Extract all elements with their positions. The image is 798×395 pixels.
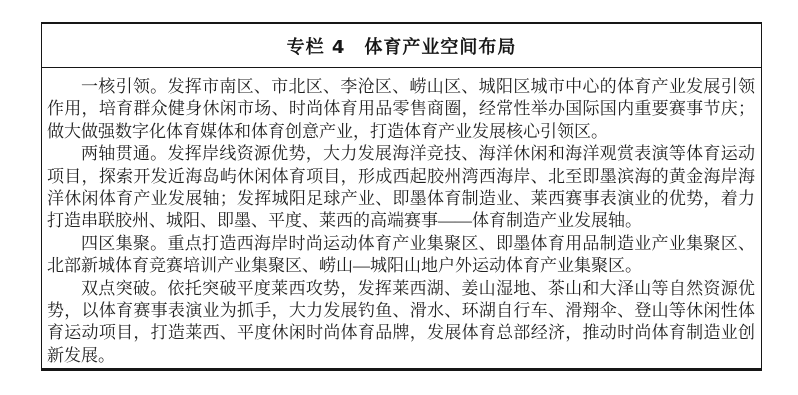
paragraph-four-zones-cluster: 四区集聚。重点打造西海岸时尚运动体育产业集聚区、即墨体育用品制造业产业集聚区、北… (47, 233, 755, 278)
column-panel: 专栏 4 体育产业空间布局 一核引领。发挥市南区、市北区、李沧区、崂山区、城阳区… (41, 22, 762, 371)
panel-header: 专栏 4 体育产业空间布局 (42, 24, 761, 68)
paragraph-one-core-leading: 一核引领。发挥市南区、市北区、李沧区、崂山区、城阳区城市中心的体育产业发展引领作… (47, 76, 755, 143)
document-page: 专栏 4 体育产业空间布局 一核引领。发挥市南区、市北区、李沧区、崂山区、城阳区… (0, 0, 798, 395)
panel-body: 一核引领。发挥市南区、市北区、李沧区、崂山区、城阳区城市中心的体育产业发展引领作… (42, 68, 761, 367)
paragraph-two-axes-connect: 两轴贯通。发挥岸线资源优势，大力发展海洋竞技、海洋休闲和海洋观赏表演等体育运动项… (47, 143, 755, 233)
paragraph-two-points-breakthrough: 双点突破。依托突破平度莱西攻势，发挥莱西湖、姜山湿地、茶山和大泽山等自然资源优势… (47, 278, 755, 368)
panel-title: 专栏 4 体育产业空间布局 (287, 33, 517, 59)
